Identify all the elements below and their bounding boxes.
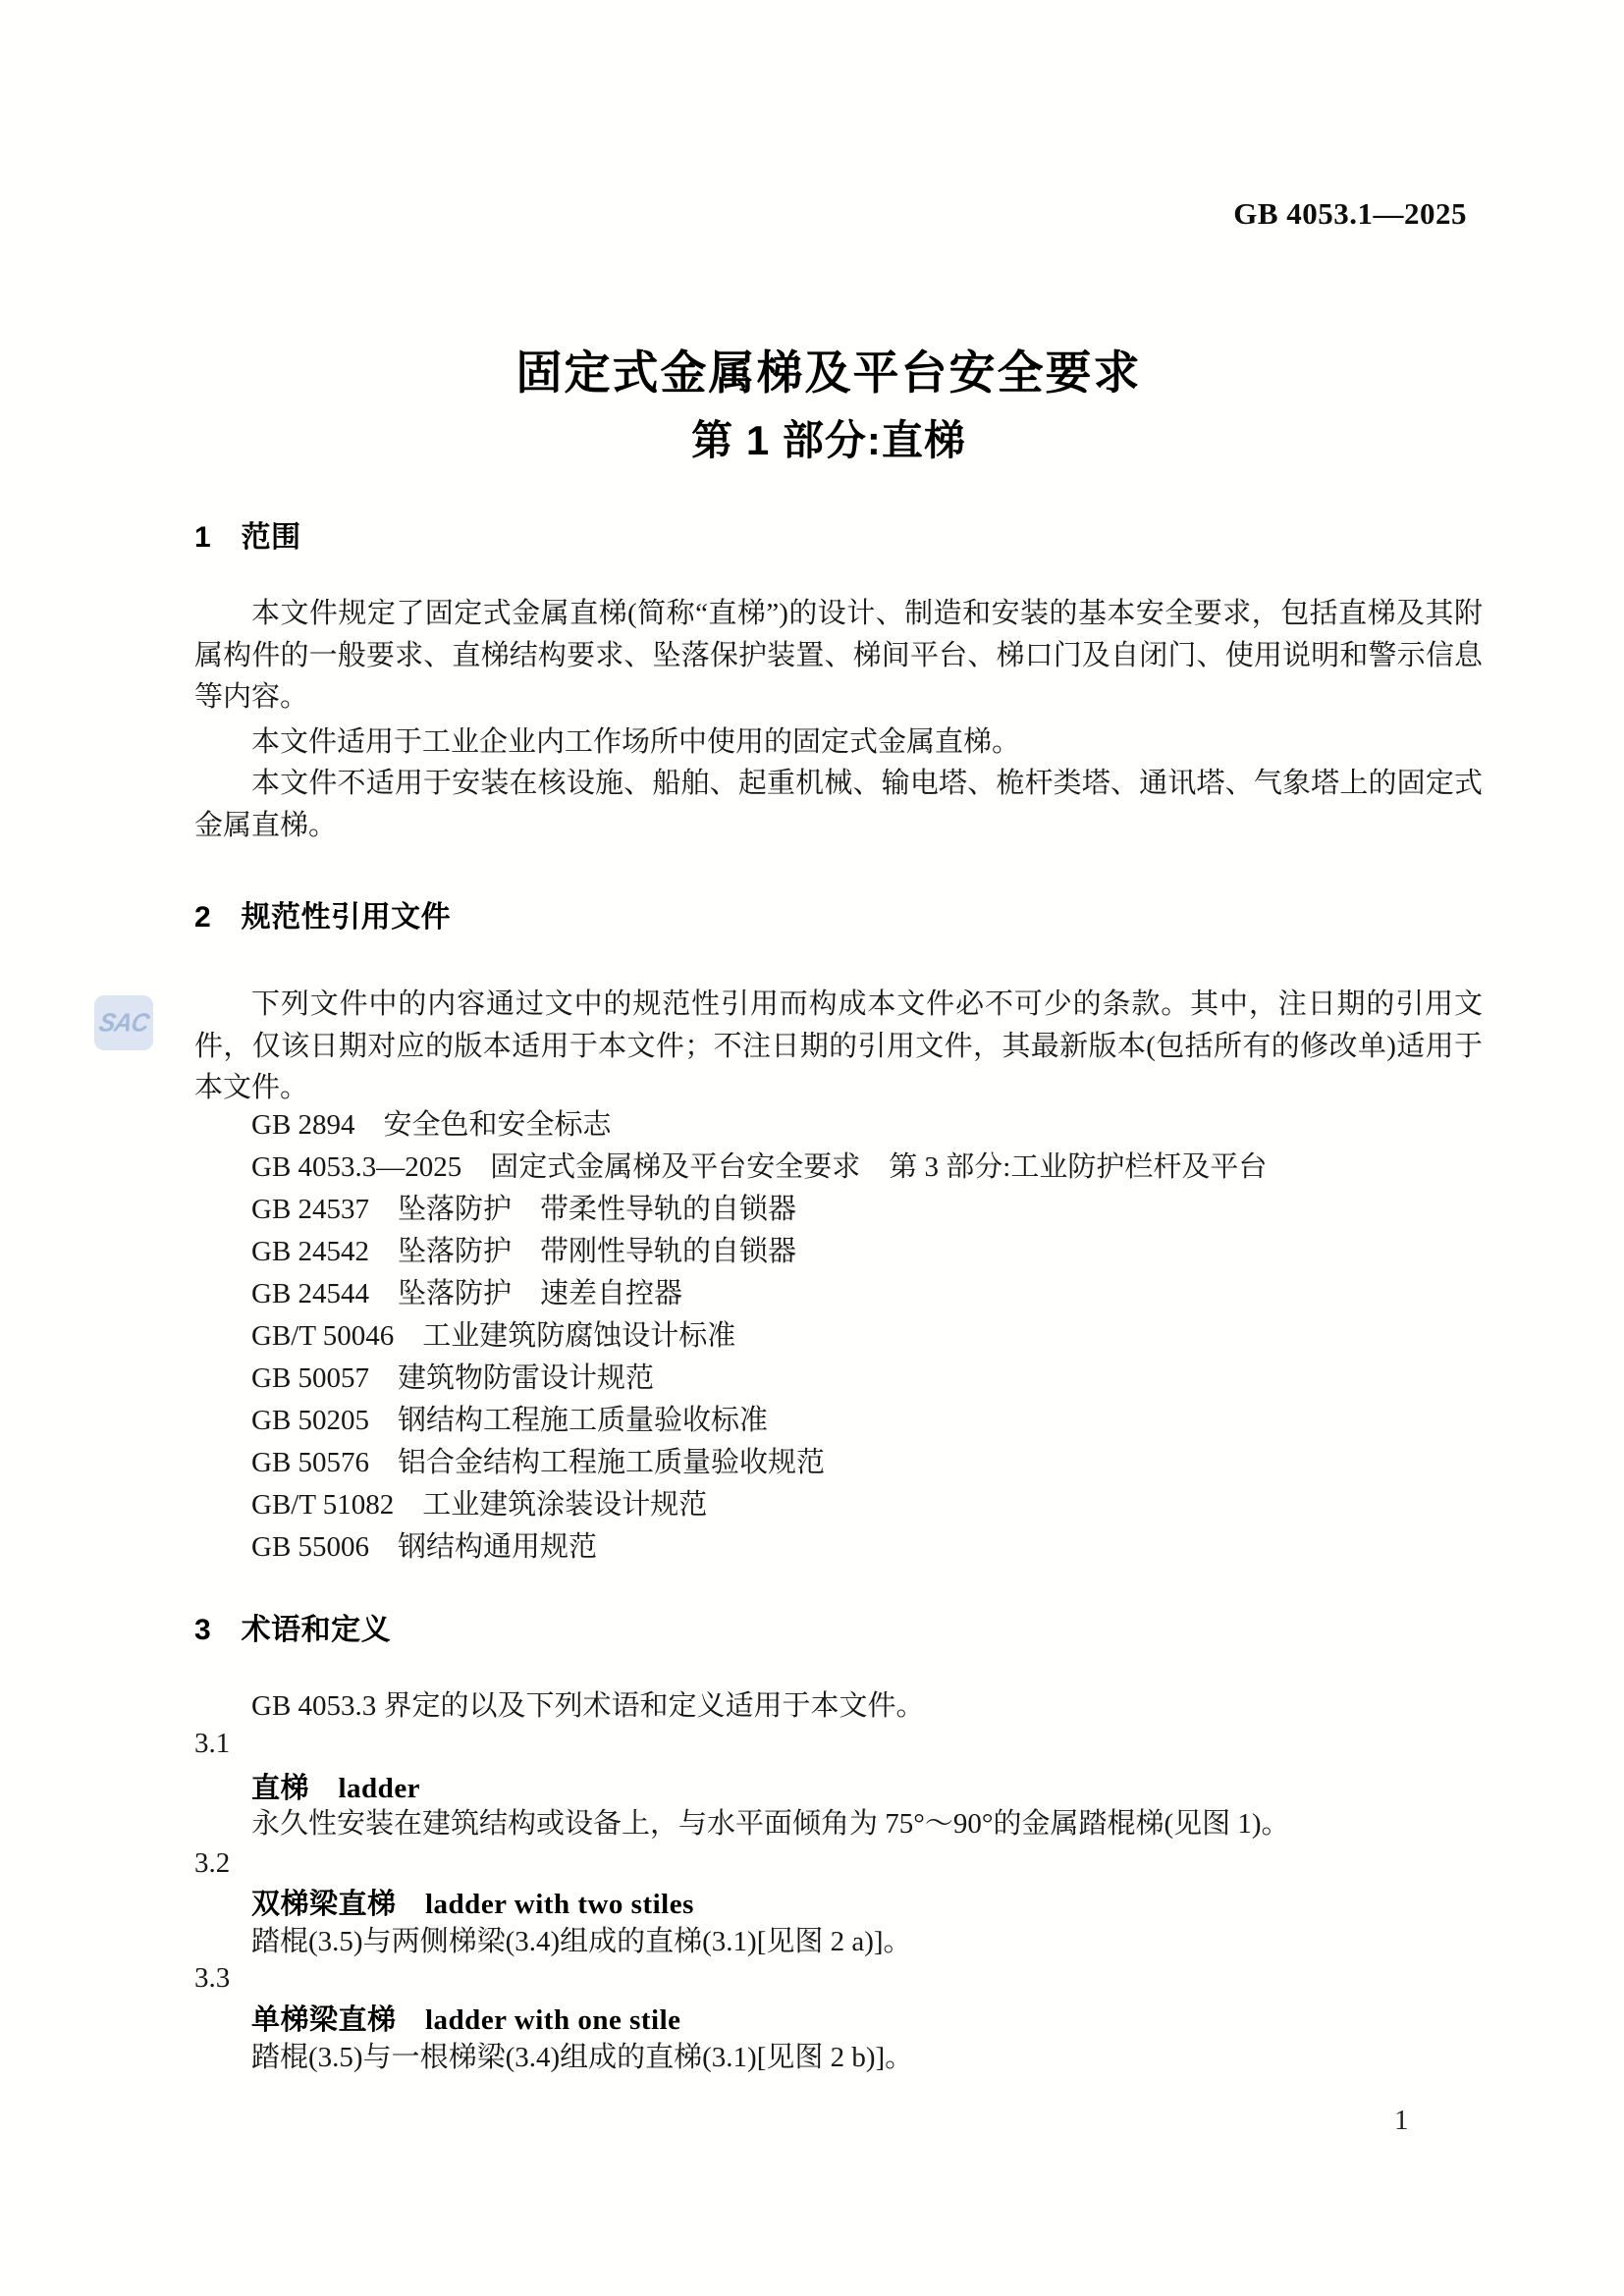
reference-item: GB 2894 安全色和安全标志 (251, 1104, 1483, 1147)
term-number: 3.1 (194, 1728, 230, 1760)
term-definition: 踏棍(3.5)与一根梯梁(3.4)组成的直梯(3.1)[见图 2 b)]。 (251, 2037, 1483, 2078)
reference-item: GB 24542 坠落防护 带刚性导轨的自锁器 (251, 1231, 1483, 1273)
document-title-line2: 第 1 部分:直梯 (194, 408, 1463, 467)
reference-item: GB 24544 坠落防护 速差自控器 (251, 1273, 1483, 1315)
sac-watermark-text: SAC (96, 1008, 150, 1038)
sac-watermark-logo: SAC (94, 995, 153, 1050)
header-standard-number: GB 4053.1—2025 (1233, 196, 1467, 232)
reference-item: GB 4053.3—2025 固定式金属梯及平台安全要求 第 3 部分:工业防护… (251, 1147, 1483, 1189)
reference-item: GB 50057 建筑物防雷设计规范 (251, 1358, 1483, 1400)
clause-3-heading: 3 术语和定义 (194, 1605, 391, 1648)
clause-2-heading: 2 规范性引用文件 (194, 892, 451, 935)
term-name: 双梯梁直梯 ladder with two stiles (251, 1882, 694, 1922)
scope-paragraph-3: 本文件不适用于安装在核设施、船舶、起重机械、输电塔、桅杆类塔、通讯塔、气象塔上的… (194, 763, 1483, 846)
reference-item: GB 50576 铝合金结构工程施工质量验收规范 (251, 1442, 1483, 1484)
reference-item: GB 50205 钢结构工程施工质量验收标准 (251, 1400, 1483, 1442)
term-number: 3.3 (194, 1962, 230, 1995)
term-name: 单梯梁直梯 ladder with one stile (251, 1998, 681, 2038)
normative-references-intro: 下列文件中的内容通过文中的规范性引用而构成本文件必不可少的条款。其中，注日期的引… (194, 984, 1483, 1109)
reference-item: GB 24537 坠落防护 带柔性导轨的自锁器 (251, 1189, 1483, 1231)
scope-paragraph-1: 本文件规定了固定式金属直梯(简称“直梯”)的设计、制造和安装的基本安全要求，包括… (194, 593, 1483, 719)
reference-item: GB 55006 钢结构通用规范 (251, 1526, 1483, 1569)
reference-item: GB/T 51082 工业建筑涂装设计规范 (251, 1484, 1483, 1526)
term-definition: 踏棍(3.5)与两侧梯梁(3.4)组成的直梯(3.1)[见图 2 a)]。 (251, 1921, 1483, 1962)
document-page: GB 4053.1—2025 SAC 固定式金属梯及平台安全要求 第 1 部分:… (0, 0, 1624, 2296)
document-title-line1: 固定式金属梯及平台安全要求 (194, 337, 1463, 402)
reference-item: GB/T 50046 工业建筑防腐蚀设计标准 (251, 1315, 1483, 1358)
normative-references-list: GB 2894 安全色和安全标志 GB 4053.3—2025 固定式金属梯及平… (194, 1104, 1483, 1569)
scope-paragraph-2: 本文件适用于工业企业内工作场所中使用的固定式金属直梯。 (194, 721, 1483, 764)
term-name: 直梯 ladder (251, 1766, 420, 1806)
term-definition: 永久性安装在建筑结构或设备上，与水平面倾角为 75°～90°的金属踏棍梯(见图 … (251, 1803, 1483, 1844)
term-number: 3.2 (194, 1847, 230, 1880)
terms-intro: GB 4053.3 界定的以及下列术语和定义适用于本文件。 (194, 1685, 1483, 1728)
page-number: 1 (1394, 2105, 1409, 2137)
clause-1-heading: 1 范围 (194, 512, 301, 556)
